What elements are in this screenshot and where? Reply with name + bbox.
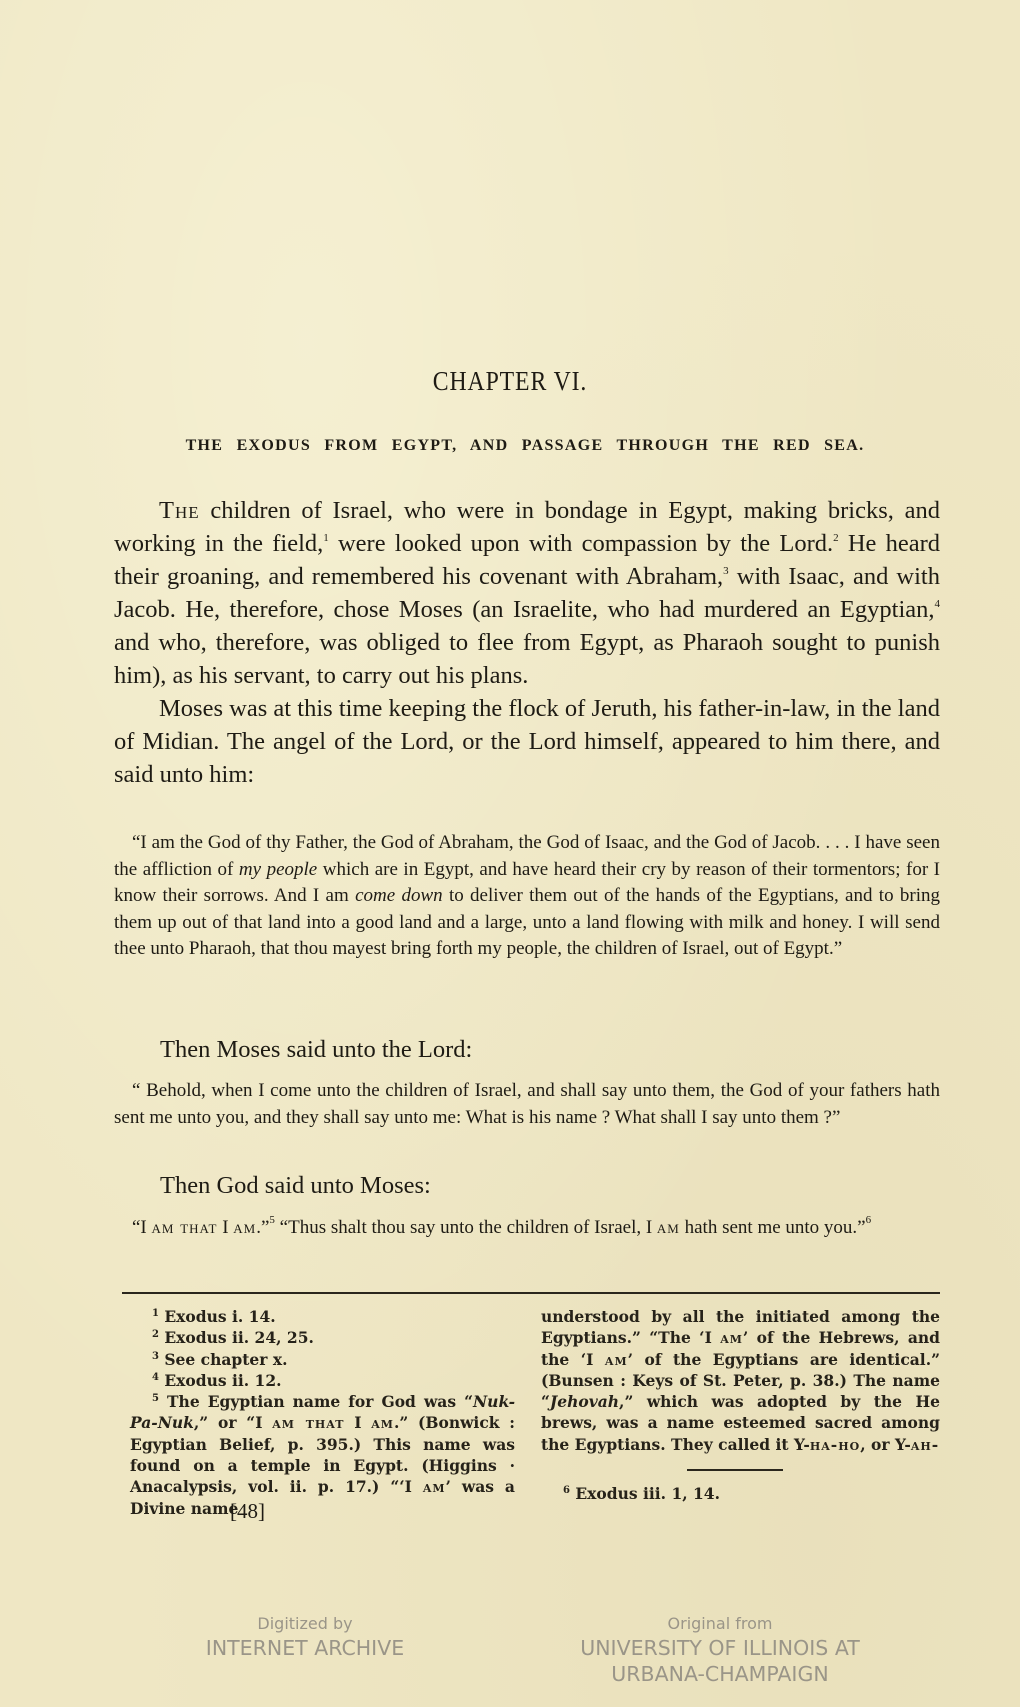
footnotes-left-column: 1 Exodus i. 14. 2 Exodus ii. 24, 25. 3 S… (130, 1306, 515, 1519)
quote-i-am: “I am that I am.”5 “Thus shalt thou say … (114, 1215, 940, 1242)
footnotes-right-column: understood by all the initiated among th… (541, 1306, 940, 1504)
footnote-5-continued: understood by all the initiated among th… (541, 1306, 940, 1455)
footnote-ref-6: 6 (866, 1214, 872, 1226)
footnote-3: 3 See chapter x. (130, 1349, 515, 1370)
lead-word: The (159, 497, 200, 524)
page-number: [48] (230, 1499, 265, 1524)
quote-moses-to-lord: “ Behold, when I come unto the children … (114, 1078, 940, 1131)
footnote-short-divider (687, 1469, 783, 1471)
intro-god-said: Then God said unto Moses: (160, 1172, 431, 1200)
footnote-4: 4 Exodus ii. 12. (130, 1370, 515, 1391)
main-text-block: The children of Israel, who were in bond… (114, 494, 940, 791)
paragraph-2: Moses was at this time keeping the flock… (114, 692, 940, 791)
chapter-subtitle: THE EXODUS FROM EGYPT, AND PASSAGE THROU… (110, 437, 940, 455)
intro-moses-said: Then Moses said unto the Lord: (160, 1036, 472, 1064)
footnote-ref-4: 4 (935, 598, 941, 610)
chapter-title: CHAPTER VI. (61, 366, 959, 397)
italic-my-people: my people (239, 859, 317, 880)
digitized-by-credit: Digitized by INTERNET ARCHIVE (180, 1613, 430, 1661)
italic-come-down: come down (355, 885, 443, 906)
footnote-6: 6 Exodus iii. 1, 14. (541, 1483, 940, 1504)
quote-god-to-moses: “I am the God of thy Father, the God of … (114, 830, 940, 963)
paragraph-1: The children of Israel, who were in bond… (114, 494, 940, 692)
footnote-divider (122, 1292, 940, 1294)
footnote-1: 1 Exodus i. 14. (130, 1306, 515, 1327)
original-from-credit: Original from UNIVERSITY OF ILLINOIS AT … (560, 1613, 880, 1687)
footnote-2: 2 Exodus ii. 24, 25. (130, 1327, 515, 1348)
book-page: CHAPTER VI. THE EXODUS FROM EGYPT, AND P… (0, 0, 1020, 1707)
footnote-5: 5 The Egyptian name for God was “Nuk-Pa-… (130, 1391, 515, 1519)
